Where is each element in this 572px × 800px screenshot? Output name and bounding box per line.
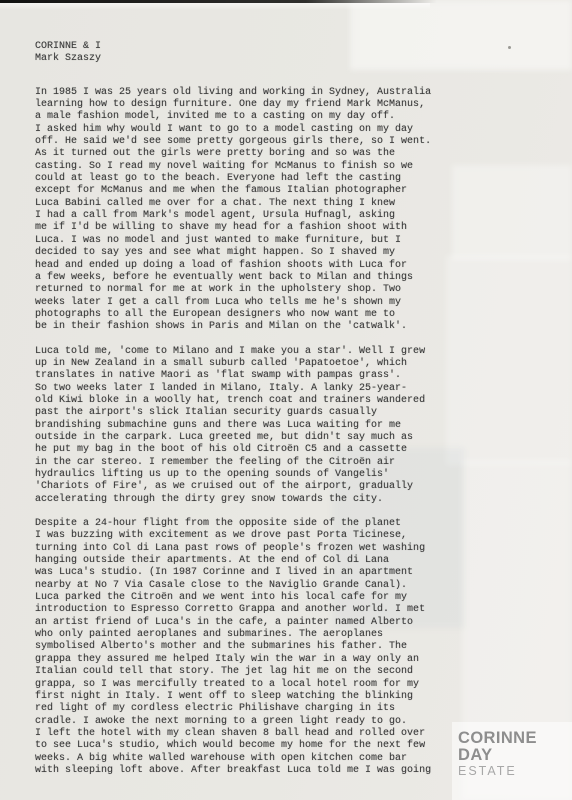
watermark-day-text: DAY <box>458 747 572 764</box>
page-title: CORINNE & I <box>35 41 540 53</box>
author-byline: Mark Szaszy <box>35 53 540 65</box>
watermark-estate-text: ESTATE <box>458 765 572 778</box>
typewritten-text-block: CORINNE & I Mark Szaszy In 1985 I was 25… <box>35 41 540 777</box>
body-paragraph: Luca told me, 'come to Milano and I make… <box>35 346 540 506</box>
page-top-edge-highlight <box>0 3 430 10</box>
watermark-block: CORINNE DAY ESTATE <box>452 722 572 800</box>
watermark-corinne-text: CORINNE <box>458 730 572 747</box>
scanned-document-page: CORINNE & I Mark Szaszy In 1985 I was 25… <box>0 0 572 800</box>
body-paragraph: In 1985 I was 25 years old living and wo… <box>35 87 540 334</box>
